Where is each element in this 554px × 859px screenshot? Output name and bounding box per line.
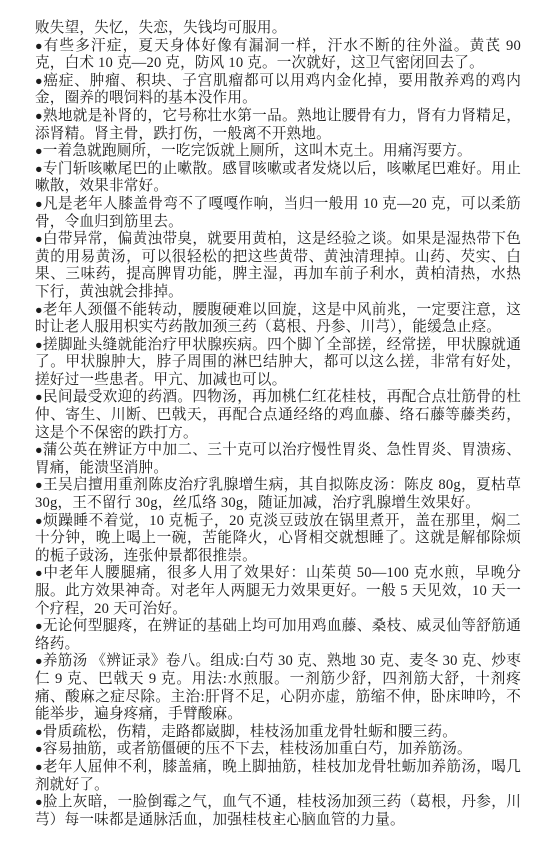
paragraph: ●中老年人腰腿痛，很多人用了效果好：山茱萸 50—100 克水煎，早晚分服。此方… (35, 565, 521, 618)
paragraph: ●骨质疏松，伤精，走路都崴脚，桂枝汤加重龙骨牡蛎和腰三药。 (35, 724, 521, 742)
paragraph-text: 一着急就跑厕所，一吃完饭就上厕所，这叫木克土。用痛泻要方。 (43, 143, 472, 159)
bullet-icon: ● (35, 725, 43, 739)
paragraph-text: 专门斩咳嗽尾巴的止嗽散。感冒咳嗽或者发烧以后，咳嗽尾巴难好。用止嗽散，效果非常好… (35, 161, 521, 195)
paragraph-text: 养筋汤 《辨证录》卷八。组成:白芍 30 克、熟地 30 克、麦冬 30 克、炒… (35, 653, 521, 722)
paragraph: ●有些多汗症，夏天身体好像有漏洞一样，汗水不断的往外溢。黄芪 90 克，白术 1… (35, 38, 521, 73)
bullet-icon: ● (35, 514, 43, 528)
paragraph: ●养筋汤 《辨证录》卷八。组成:白芍 30 克、熟地 30 克、麦冬 30 克、… (35, 653, 521, 723)
paragraph: ●凡是老年人膝盖骨弯不了嘎嘎作响，当归一般用 10 克—20 克，可以柔筋骨，令… (35, 196, 521, 231)
paragraph-text: 老年人屈伸不利，膝盖痛，晚上脚抽筋，桂枝加龙骨牡蛎加养筋汤，喝几剂就好了。 (35, 759, 521, 793)
bullet-icon: ● (35, 144, 43, 158)
paragraph: ●白带异常，偏黄浊带臭，就要用黄柏，这是经验之谈。如果是湿热带下色黄的用易黄汤，… (35, 231, 521, 301)
paragraph: ●蒲公英在辨证方中加二、三十克可以治疗慢性胃炎、急性胃炎、胃溃疡、胃痛，能溃坚消… (35, 442, 521, 477)
paragraph-text: 民间最受欢迎的药酒。四物汤，再加桃仁红花桂枝，再配合点壮筋骨的杜仲、寄生、川断、… (35, 389, 521, 440)
paragraph-text: 老年人颈僵不能转动，腰腹硬难以回旋，这是中风前兆，一定要注意，这时让老人服用枳实… (35, 302, 521, 336)
paragraph-text: 白带异常，偏黄浊带臭，就要用黄柏，这是经验之谈。如果是湿热带下色黄的用易黄汤，可… (35, 231, 521, 300)
paragraph: ●癌症、肿瘤、积块、子宫肌瘤都可以用鸡内金化掉，要用散养鸡的鸡内金，圈养的喂饲料… (35, 73, 521, 108)
paragraph: ●老年人屈伸不利，膝盖痛，晚上脚抽筋，桂枝加龙骨牡蛎加养筋汤，喝几剂就好了。 (35, 759, 521, 794)
bullet-icon: ● (35, 760, 43, 774)
paragraph: ●熟地就是补肾的，它号称壮水第一品。熟地让腰骨有力，肾有力肾精足，添肾精。肾主骨… (35, 108, 521, 143)
bullet-icon: ● (35, 197, 43, 211)
bullet-icon: ● (35, 742, 43, 756)
paragraph: 败失望，失忆，失恋，失钱均可服用。 (35, 20, 521, 38)
bullet-icon: ● (35, 162, 43, 176)
document-page: 败失望，失忆，失恋，失钱均可服用。 ●有些多汗症，夏天身体好像有漏洞一样，汗水不… (0, 0, 554, 859)
bullet-icon: ● (35, 390, 43, 404)
bullet-icon: ● (35, 109, 43, 123)
bullet-icon: ● (35, 232, 43, 246)
paragraph: ●民间最受欢迎的药酒。四物汤，再加桃仁红花桂枝，再配合点壮筋骨的杜仲、寄生、川断… (35, 389, 521, 442)
paragraph-text: 有些多汗症，夏天身体好像有漏洞一样，汗水不断的往外溢。黄芪 90 克，白术 10… (35, 38, 521, 72)
text-body: 败失望，失忆，失恋，失钱均可服用。 ●有些多汗症，夏天身体好像有漏洞一样，汗水不… (35, 20, 521, 829)
paragraph-text: 王吴启擅用重剂陈皮治疗乳腺增生病，其自拟陈皮汤：陈皮 80g，夏枯草 30g，王… (35, 477, 521, 511)
paragraph-text: 癌症、肿瘤、积块、子宫肌瘤都可以用鸡内金化掉，要用散养鸡的鸡内金，圈养的喂饲料的… (35, 73, 521, 107)
paragraph: ●一着急就跑厕所，一吃完饭就上厕所，这叫木克土。用痛泻要方。 (35, 143, 521, 161)
paragraph: ●无论何型腿疼，在辨证的基础上均可加用鸡血藤、桑枝、威灵仙等舒筋通络药。 (35, 618, 521, 653)
paragraph-text: 蒲公英在辨证方中加二、三十克可以治疗慢性胃炎、急性胃炎、胃溃疡、胃痛，能溃坚消肿… (35, 442, 521, 476)
bullet-icon: ● (35, 39, 44, 53)
page-number: 8 (0, 814, 554, 826)
paragraph-text: 容易抽筋，或者筋僵硬的压不下去，桂枝汤加重白芍，加养筋汤。 (43, 741, 472, 757)
paragraph-text: 烦躁睡不着觉，10 克栀子，20 克淡豆豉放在锅里煮开，盖在那里，焖二十分钟，晚… (35, 513, 521, 564)
paragraph-text: 熟地就是补肾的，它号称壮水第一品。熟地让腰骨有力，肾有力肾精足，添肾精。肾主骨，… (35, 108, 521, 142)
paragraph-text: 中老年人腰腿痛，很多人用了效果好：山茱萸 50—100 克水煎，早晚分服。此方效… (35, 565, 521, 616)
paragraph: ●搓脚趾头缝就能治疗甲状腺疾病。四个脚丫全部搓，经常搓，甲状腺就通了。甲状腺肿大… (35, 337, 521, 390)
paragraph-text: 无论何型腿疼，在辨证的基础上均可加用鸡血藤、桑枝、威灵仙等舒筋通络药。 (35, 618, 521, 652)
bullet-icon: ● (35, 654, 43, 668)
paragraph-text: 搓脚趾头缝就能治疗甲状腺疾病。四个脚丫全部搓，经常搓，甲状腺就通了。甲状腺肿大，… (35, 337, 521, 388)
paragraph: ●老年人颈僵不能转动，腰腹硬难以回旋，这是中风前兆，一定要注意，这时让老人服用枳… (35, 302, 521, 337)
bullet-icon: ● (35, 619, 43, 633)
paragraph: ●烦躁睡不着觉，10 克栀子，20 克淡豆豉放在锅里煮开，盖在那里，焖二十分钟，… (35, 513, 521, 566)
paragraph: ●王吴启擅用重剂陈皮治疗乳腺增生病，其自拟陈皮汤：陈皮 80g，夏枯草 30g，… (35, 477, 521, 512)
bullet-icon: ● (35, 303, 43, 317)
paragraph-text: 败失望，失忆，失恋，失钱均可服用。 (35, 20, 287, 36)
bullet-icon: ● (35, 338, 43, 352)
bullet-icon: ● (35, 795, 43, 809)
paragraph: ●容易抽筋，或者筋僵硬的压不下去，桂枝汤加重白芍，加养筋汤。 (35, 741, 521, 759)
bullet-icon: ● (35, 478, 43, 492)
paragraph-text: 凡是老年人膝盖骨弯不了嘎嘎作响，当归一般用 10 克—20 克，可以柔筋骨，令血… (35, 196, 521, 230)
bullet-icon: ● (35, 443, 43, 457)
paragraph-text: 骨质疏松，伤精，走路都崴脚，桂枝汤加重龙骨牡蛎和腰三药。 (43, 724, 457, 740)
paragraph: ●专门斩咳嗽尾巴的止嗽散。感冒咳嗽或者发烧以后，咳嗽尾巴难好。用止嗽散，效果非常… (35, 161, 521, 196)
